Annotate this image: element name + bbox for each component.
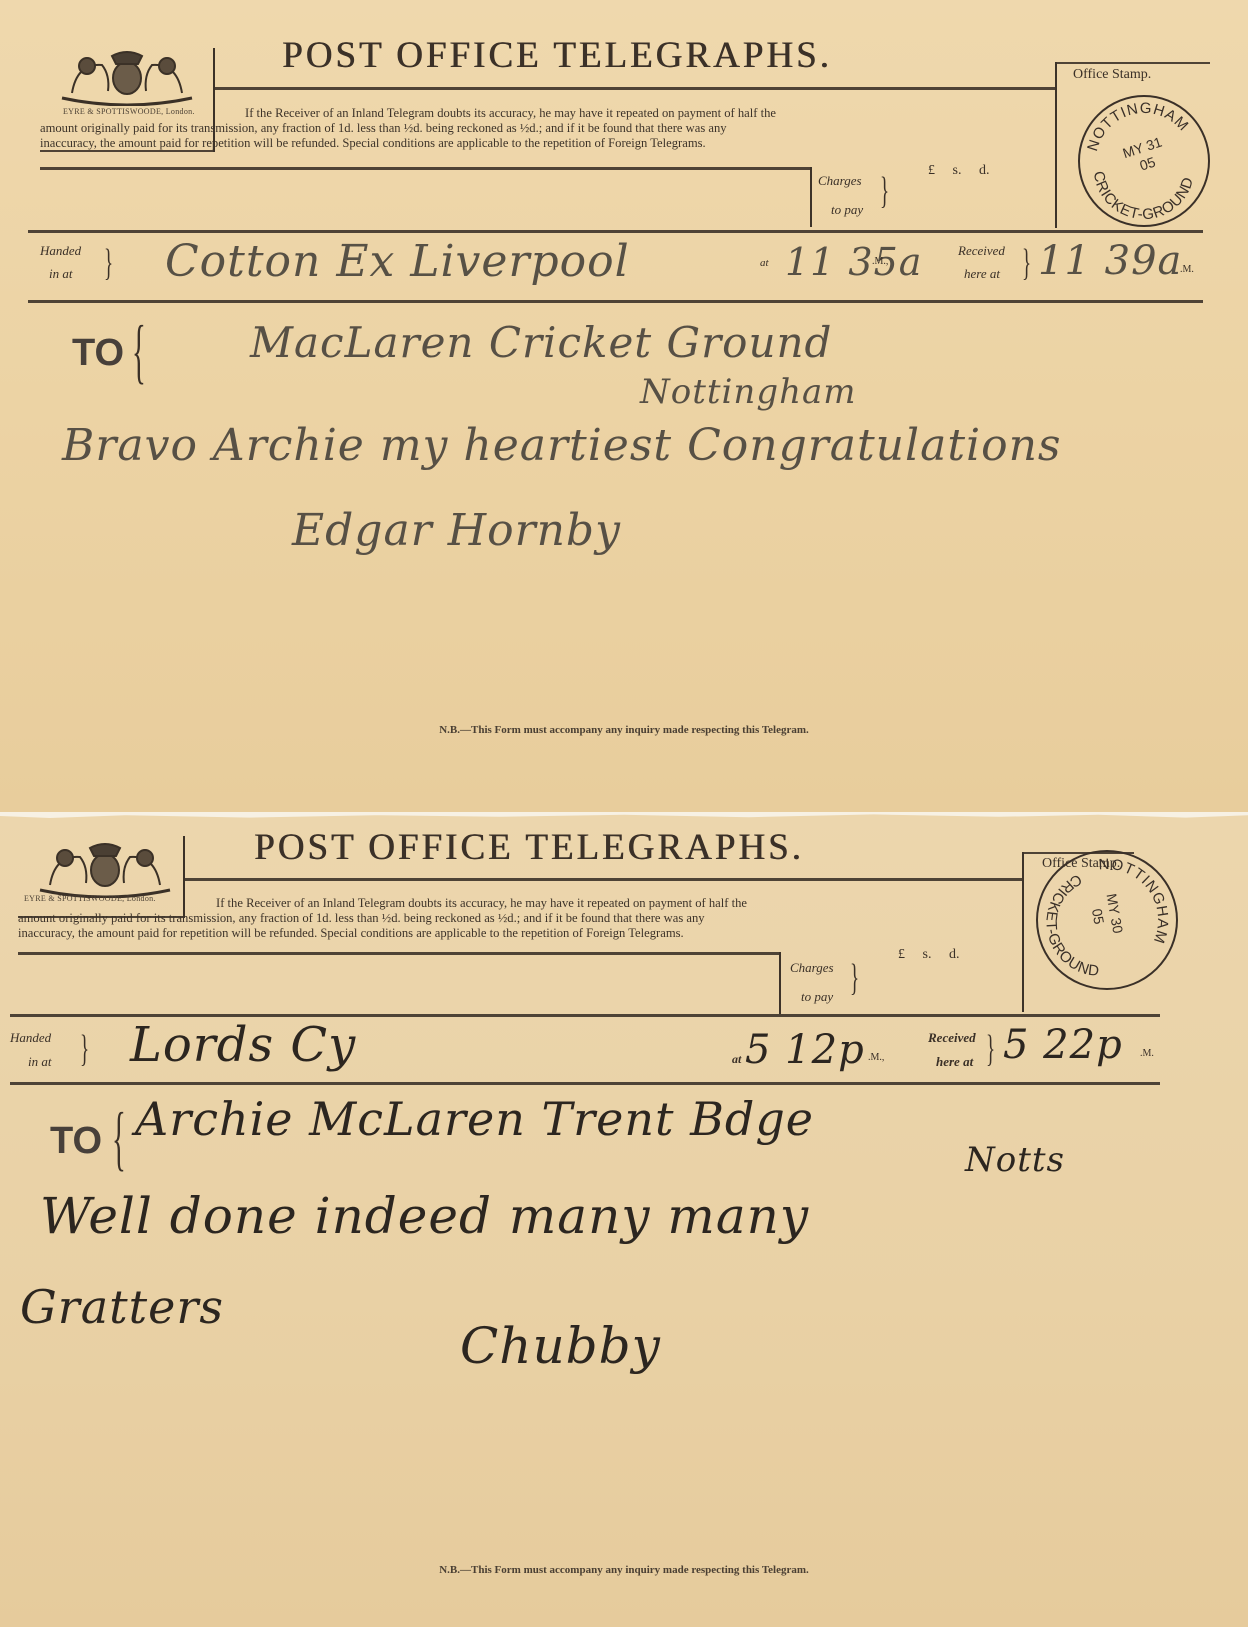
charges-divider [810,167,812,227]
form-title: POST OFFICE TELEGRAPHS. [282,34,832,77]
charges-rule [18,952,780,955]
charges-label: Charges [790,960,834,976]
svg-text:CRICKET-GROUND: CRICKET-GROUND [1090,170,1197,223]
here-at-label: here at [936,1054,973,1070]
to-label: TO [72,332,124,375]
handed-in-time: 11 35a [785,240,922,284]
handed-in-meridiem: .M., [868,1052,884,1063]
message-line-1: Well done indeed many many [40,1187,809,1245]
at-label: at [732,1052,741,1067]
footer-note: N.B.—This Form must accompany any inquir… [0,724,1248,736]
message-line-2: Gratters [20,1280,224,1334]
notice-line-1: If the Receiver of an Inland Telegram do… [216,896,1016,911]
recipient-line-2: Nottingham [640,372,857,412]
currency-columns: £ s. d. [898,947,959,963]
office-stamp-label: Office Stamp. [1073,67,1151,83]
handed-in-office: Cotton Ex Liverpool [165,236,630,287]
torn-edge [0,812,1248,820]
in-at-label: in at [49,266,72,282]
recipient-line-2: Notts [965,1140,1065,1180]
form-title: POST OFFICE TELEGRAPHS. [254,826,804,869]
charges-brace: } [880,172,889,210]
postmark-stamp: NOTTINGHAM CRICKET-GROUND MY 31 05 [1078,95,1210,227]
handed-label: Handed [40,243,81,259]
message-signature: Edgar Hornby [292,505,621,556]
currency-columns: £ s. d. [928,163,989,179]
office-stamp-box-left [1055,62,1057,228]
notice-line-2: amount originally paid for its transmiss… [40,121,1045,136]
charges-brace: } [850,959,859,997]
notice-line-1: If the Receiver of an Inland Telegram do… [245,106,1045,121]
royal-coat-of-arms-icon [52,48,202,106]
received-time: 11 39a [1038,238,1182,284]
recipient-line-1: Archie McLaren Trent Bdge [135,1092,814,1146]
to-brace: { [112,1102,126,1174]
received-time: 5 22p [1003,1022,1123,1068]
to-pay-label: to pay [831,202,863,218]
recipient-line-1: MacLaren Cricket Ground [250,318,832,367]
handed-in-meridiem: .M., [872,256,888,267]
received-label: Received [928,1030,976,1046]
notice-line-2: amount originally paid for its transmiss… [18,911,1018,926]
handed-label: Handed [10,1030,51,1046]
office-stamp-box-top [1055,62,1210,64]
handed-in-time: 5 12p [745,1027,865,1073]
received-meridiem: .M. [1140,1048,1154,1059]
message-signature: Chubby [460,1317,661,1375]
postmark-stamp: NOTTINGHAM CRICKET-GROUND MY 30 05 [1036,850,1178,990]
to-label: TO [50,1120,102,1163]
handed-in-brace: } [104,244,113,282]
telegram-2: EYRE & SPOTTISWOODE, London. POST OFFICE… [0,812,1248,1627]
to-pay-label: to pay [801,989,833,1005]
notice-line-3: inaccuracy, the amount paid for repetiti… [18,926,1018,941]
charges-rule [40,167,810,170]
footer-note: N.B.—This Form must accompany any inquir… [0,1564,1248,1576]
handed-in-top-rule [28,230,1203,233]
telegram-1: EYRE & SPOTTISWOODE, London. POST OFFICE… [0,0,1248,812]
message-line-1: Bravo Archie my heartiest Congratulation… [62,420,1061,471]
received-meridiem: .M. [1180,264,1194,275]
crest-box-border [183,836,185,918]
to-brace: { [132,315,146,387]
charges-label: Charges [818,173,862,189]
header-rule [215,87,1055,90]
header-rule [185,878,1023,881]
received-brace: } [1022,244,1031,282]
charges-divider [779,952,781,1014]
received-label: Received [958,243,1005,259]
here-at-label: here at [964,266,1000,282]
in-at-label: in at [28,1054,51,1070]
handed-in-office: Lords Cy [130,1017,356,1073]
at-label: at [760,257,769,269]
handed-in-brace: } [80,1030,89,1068]
printer-imprint: EYRE & SPOTTISWOODE, London. [63,107,195,116]
printer-imprint: EYRE & SPOTTISWOODE, London. [24,894,156,903]
handed-in-bottom-rule [28,300,1203,303]
notice-line-3: inaccuracy, the amount paid for repetiti… [40,136,1045,151]
handed-in-bottom-rule [10,1082,1160,1085]
received-brace: } [986,1030,995,1068]
royal-coat-of-arms-icon [30,840,180,898]
